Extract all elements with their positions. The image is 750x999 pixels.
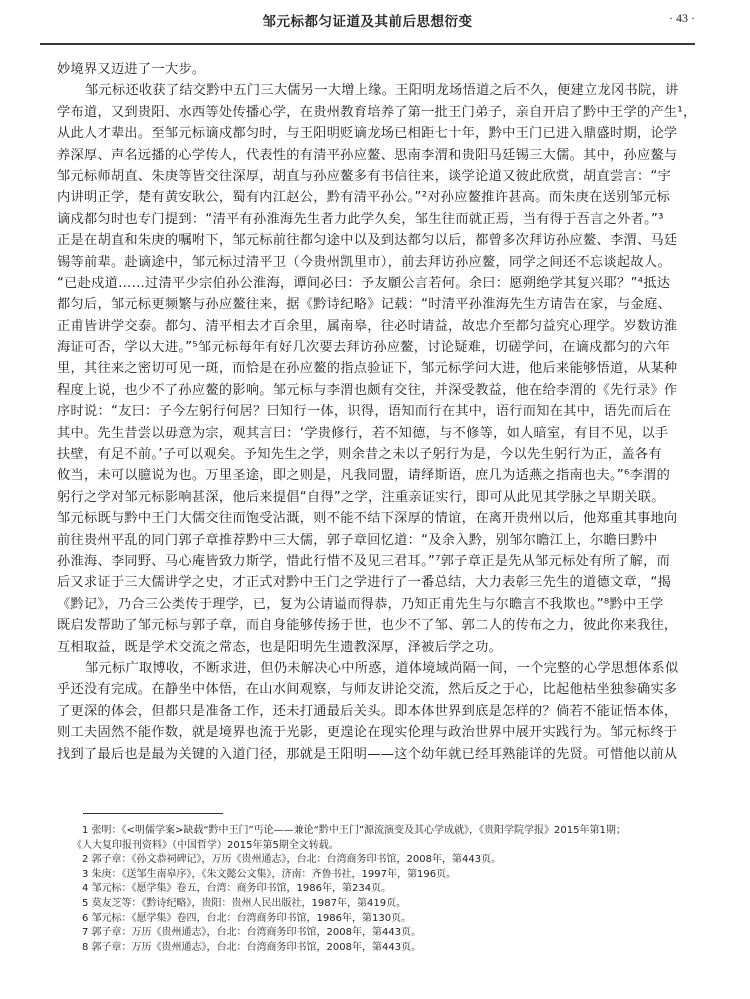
page-number: · 43 ·	[669, 11, 695, 26]
body-line: 躬行之学对邹元标影响甚深，他后来提倡“自得”之学，注重亲证实行，即可从此见其学脉…	[57, 487, 693, 508]
body-line: 邹元标广取博收，不断求进，但仍未解决心中所惑，道体境域尚隔一间，一个完整的心学思…	[57, 658, 693, 679]
body-line: 后又求证于三大儒讲学之史，才正式对黔中王门之学进行了一番总结，大力表彰三先生的道…	[57, 572, 693, 593]
footnote-item: 3 朱庚：《送邹生南皋序》，《朱文懿公文集》，济南：齐鲁书社，1997年，第19…	[72, 868, 692, 883]
footnote-item: 8 郭子章：万历《贵州通志》，台北：台湾商务印书馆，2008年，第443页。	[72, 941, 692, 956]
body-line: 孙淮海、李同野、马心庵皆致力斯学，惜此行惜不及见三君耳。”⁷郭子章正是先从邹元标…	[57, 551, 693, 572]
footnote-continuation: 《人大复印报刊资料》（中国哲学）2015年第5期全文转载。	[72, 839, 692, 854]
body-line: 内讲明正学，楚有黄安耿公，蜀有内江赵公，黔有清平孙公。”²对孙应鳌推许甚高。而朱…	[57, 187, 693, 208]
body-line: 程度上说，也少不了孙应鳌的影响。邹元标与李渭也颇有交往，并深受教益，他在给李渭的…	[57, 380, 693, 401]
header-rule	[40, 43, 695, 45]
footnote-text: 张明：《<明儒学案>缺载“黔中王门”丐论——兼论“黔中王门”源流演变及其心学成就…	[92, 825, 626, 836]
footnote-text: 邹元标：《愿学集》卷四，台北：台湾商务印书馆，1986年，第130页。	[92, 913, 412, 924]
body-line: 锡等前辈。赴谪途中，邹元标过清平卫（今贵州凯里市），前去拜访孙应鳌，同学之间还不…	[57, 252, 693, 273]
footnote-number: 2	[82, 854, 88, 865]
body-line: “已赴戍道……过清平少宗伯孙公淮海，谭间必曰：予友願公言若何。余曰：愿朔绝学其复…	[57, 273, 693, 294]
footnote-item: 2 郭子章：《孙文恭祠碑记》，万历《贵州通志》，台北：台湾商务印书馆，2008年…	[72, 853, 692, 868]
footnote-number: 6	[82, 913, 88, 924]
footnote-number: 5	[82, 898, 88, 909]
footnote-number: 7	[82, 927, 88, 938]
body-line: 找到了最后也是最为关键的入道门径，那就是王阳明——这个幼年就已经耳熟能详的先贤。…	[57, 744, 693, 765]
footnote-text: 郭子章：万历《贵州通志》，台北：台湾商务印书馆，2008年，第443页。	[92, 942, 422, 953]
body-line: 都匀后，邹元标更频繁与孙应鳌往来，据《黔诗纪略》记载：“时清平孙淮海先生方请告在…	[57, 294, 693, 315]
footnote-text: 朱庚：《送邹生南皋序》，《朱文懿公文集》，济南：齐鲁书社，1997年，第196页…	[92, 869, 457, 880]
running-title: 邹元标都匀证道及其前后思想衍变	[40, 10, 695, 30]
body-line: 养深厚、声名远播的心学传人，代表性的有清平孙应鳌、思南李渭和贵阳马廷锡三大儒。其…	[57, 145, 693, 166]
footnote-item: 7 郭子章：万历《贵州通志》，台北：台湾商务印书馆，2008年，第443页。	[72, 926, 692, 941]
body-line: 则工夫固然不能作数，就是境界也流于光影，更遑论在现实伦理与政治世界中展开实践行为…	[57, 722, 693, 743]
body-line: 其中。先生昔尝以毋意为宗，观其言曰：‘学贵修行，若不知德，与不修等，如人暗室，有…	[57, 423, 693, 444]
body-line: 邹元标师胡直、朱庚等皆交往深厚，胡直与孙应鳌多有书信往来，谈学论道又彼此欣赏，胡…	[57, 166, 693, 187]
body-line: 海证可否，学以大进。”⁵邹元标每年有好几次要去拜访孙应鳌，讨论疑难，切磋学问，在…	[57, 337, 693, 358]
footnotes: 1 张明：《<明儒学案>缺载“黔中王门”丐论——兼论“黔中王门”源流演变及其心学…	[72, 824, 692, 955]
footnote-number: 4	[82, 883, 88, 894]
body-line: 既启发帮助了邹元标与郭子章，而自身能够传扬于世，也少不了邹、郭二人的传布之力，彼…	[57, 615, 693, 636]
footnote-item: 1 张明：《<明儒学案>缺载“黔中王门”丐论——兼论“黔中王门”源流演变及其心学…	[72, 824, 692, 839]
body-line: 了更深的体会，但都只是准备工作，还未打通最后关头。即本体世界到底是怎样的？倘若不…	[57, 701, 693, 722]
body-line: 正是在胡直和朱庚的嘱咐下，邹元标前往都匀途中以及到达都匀以后，都曾多次拜访孙应鳌…	[57, 230, 693, 251]
footnote-item: 4 邹元标：《愿学集》卷五，台湾：商务印书馆，1986年，第234页。	[72, 882, 692, 897]
footnote-text: 邹元标：《愿学集》卷五，台湾：商务印书馆，1986年，第234页。	[92, 883, 392, 894]
body-line: 谪戍都匀时也专门提到：“清平有孙淮海先生者力此学久矣，邹生往而就正焉，当有得于吾…	[57, 209, 693, 230]
body-line: 《黔记》，乃合三公类传于理学，已，复为公请谥而得恭，乃知正甫先生与尔瞻言不我欺也…	[57, 594, 693, 615]
body-line: 扶壁，有足不前。’子可以观矣。予知先生之学，则余昔之未以子躬行为是，今以先生躬行…	[57, 444, 693, 465]
body-line: 攸当，未可以臆说为也。万里圣途，即之则是，凡我同盟，请绎斯语，庶几为适燕之指南也…	[57, 465, 693, 486]
body-line: 正甫皆讲学交泰。都匀、清平相去才百余里，属南皋，往必时请益，故忠介至都匀益究心理…	[57, 316, 693, 337]
footnote-number: 8	[82, 942, 88, 953]
body-line: 乎还没有完成。在静坐中体悟，在山水间观察，与师友讲论交流，然后反之于心，比起他枯…	[57, 679, 693, 700]
body-line: 学布道，又到贵阳、水西等处传播心学，在贵州教育培养了第一批王门弟子，亲自开启了黔…	[57, 102, 693, 123]
footnote-number: 1	[82, 825, 88, 836]
footnote-text: 莫友芝等：《黔诗纪略》，贵阳：贵州人民出版社，1987年，第419页。	[92, 898, 407, 909]
page-header: 邹元标都匀证道及其前后思想衍变 · 43 ·	[40, 0, 695, 44]
body-line: 妙境界又迈进了一大步。	[57, 59, 693, 80]
body-line: 邹元标既与黔中王门大儒交往而饱受沾溉，则不能不结下深厚的情谊，在离开贵州以后，他…	[57, 508, 693, 529]
body-line: 里，其往来之密切可见一斑，而恰是在孙应鳌的指点验证下，邹元标学问大进，他后来能够…	[57, 358, 693, 379]
footnote-text: 郭子章：万历《贵州通志》，台北：台湾商务印书馆，2008年，第443页。	[92, 927, 422, 938]
body-line: 序时说：“友曰：子今左躬行何居？曰知行一体，识得，语知而行在其中，语行而知在其中…	[57, 401, 693, 422]
footnote-number: 3	[82, 869, 88, 880]
footnote-text: 郭子章：《孙文恭祠碑记》，万历《贵州通志》，台北：台湾商务印书馆，2008年，第…	[92, 854, 502, 865]
body-line: 从此人才辈出。至邹元标谪戍都匀时，与王阳明贬谪龙场已相距七十年，黔中王门已进入鼎…	[57, 123, 693, 144]
footnote-item: 6 邹元标：《愿学集》卷四，台北：台湾商务印书馆，1986年，第130页。	[72, 912, 692, 927]
body-line: 邹元标还收获了结交黔中五门三大儒另一大增上缘。王阳明龙场悟道之后不久，便建立龙冈…	[57, 80, 693, 101]
body-text: 妙境界又迈进了一大步。邹元标还收获了结交黔中五门三大儒另一大增上缘。王阳明龙场悟…	[57, 59, 693, 765]
body-line: 互相取益，既是学术交流之常态，也是阳明先生遗教深厚，泽被后学之功。	[57, 637, 693, 658]
footnote-item: 5 莫友芝等：《黔诗纪略》，贵阳：贵州人民出版社，1987年，第419页。	[72, 897, 692, 912]
footnote-rule	[83, 813, 223, 814]
body-line: 前往贵州平乱的同门郭子章推荐黔中三大儒，郭子章回忆道：“及余入黔，别邹尔瞻江上，…	[57, 530, 693, 551]
